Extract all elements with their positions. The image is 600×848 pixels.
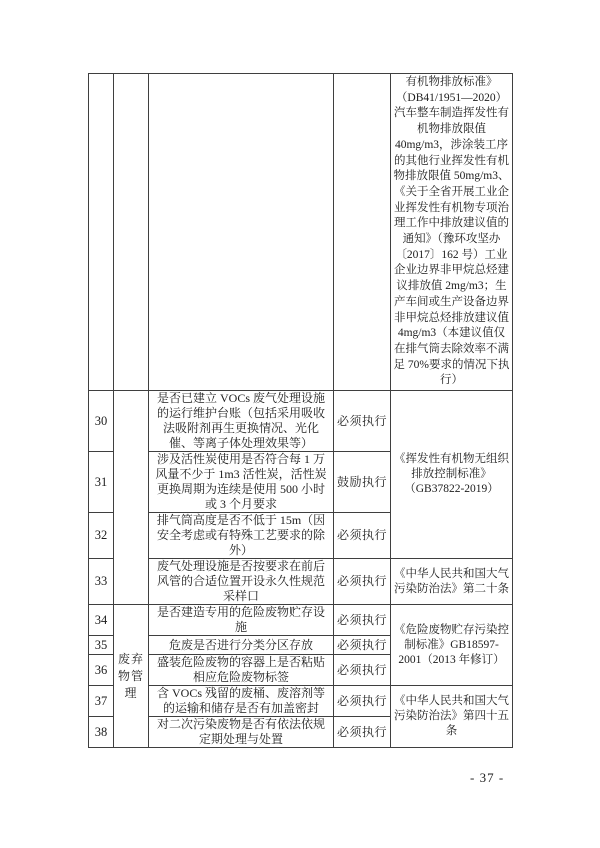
row-number-cell	[89, 74, 114, 391]
execution-cell: 必须执行	[334, 636, 391, 655]
execution-cell: 必须执行	[334, 513, 391, 559]
requirement-cell: 是否已建立 VOCs 废气处理设施的运行维护台账（包括采用吸收法吸附剂再生更换情…	[149, 391, 334, 452]
requirement-cell: 盛装危险废物的容器上是否粘贴相应危险废物标签	[149, 655, 334, 686]
execution-cell: 必须执行	[334, 717, 391, 748]
execution-cell: 必须执行	[334, 686, 391, 717]
execution-cell: 必须执行	[334, 655, 391, 686]
requirement-cell: 排气筒高度是否不低于 15m（因安全考虑或有特殊工艺要求的除外）	[149, 513, 334, 559]
category-cell: 废弃物管理	[114, 605, 149, 748]
row-number-cell: 31	[89, 452, 114, 513]
execution-cell: 必须执行	[334, 559, 391, 605]
document-page: 有机物排放标准》（DB41/1951—2020）汽车整车制造挥发性有机物排放限值…	[0, 0, 600, 848]
execution-cell: 必须执行	[334, 605, 391, 636]
table-row-continuation: 有机物排放标准》（DB41/1951—2020）汽车整车制造挥发性有机物排放限值…	[89, 74, 513, 391]
row-number-cell: 30	[89, 391, 114, 452]
inspection-table: 有机物排放标准》（DB41/1951—2020）汽车整车制造挥发性有机物排放限值…	[88, 73, 513, 748]
row-number-cell: 33	[89, 559, 114, 605]
requirement-cell: 废气处理设施是否按要求在前后风管的合适位置开设永久性规范采样口	[149, 559, 334, 605]
table-row: 37 含 VOCs 残留的废桶、废溶剂等的运输和储存是否有加盖密封 必须执行 《…	[89, 686, 513, 717]
reference-cell: 《中华人民共和国大气污染防治法》第二十条	[391, 559, 513, 605]
reference-cell: 《挥发性有机物无组织排放控制标准》（GB37822-2019）	[391, 391, 513, 559]
execution-cell: 鼓励执行	[334, 452, 391, 513]
reference-cell: 有机物排放标准》（DB41/1951—2020）汽车整车制造挥发性有机物排放限值…	[391, 74, 513, 391]
category-cell	[114, 391, 149, 605]
table-row: 30 是否已建立 VOCs 废气处理设施的运行维护台账（包括采用吸收法吸附剂再生…	[89, 391, 513, 452]
execution-cell	[334, 74, 391, 391]
row-number-cell: 37	[89, 686, 114, 717]
table-row: 33 废气处理设施是否按要求在前后风管的合适位置开设永久性规范采样口 必须执行 …	[89, 559, 513, 605]
execution-cell: 必须执行	[334, 391, 391, 452]
requirement-cell: 对二次污染废物是否有依法依规定期处理与处置	[149, 717, 334, 748]
page-number: - 37 -	[470, 770, 504, 786]
requirement-cell: 是否建造专用的危险废物贮存设施	[149, 605, 334, 636]
row-number-cell: 32	[89, 513, 114, 559]
row-number-cell: 35	[89, 636, 114, 655]
row-number-cell: 34	[89, 605, 114, 636]
requirement-cell: 危废是否进行分类分区存放	[149, 636, 334, 655]
reference-cell: 《中华人民共和国大气污染防治法》第四十五条	[391, 686, 513, 748]
row-number-cell: 36	[89, 655, 114, 686]
table-row: 34 废弃物管理 是否建造专用的危险废物贮存设施 必须执行 《危险废物贮存污染控…	[89, 605, 513, 636]
category-cell	[114, 74, 149, 391]
reference-cell: 《危险废物贮存污染控制标准》GB18597-2001（2013 年修订）	[391, 605, 513, 686]
row-number-cell: 38	[89, 717, 114, 748]
requirement-cell: 涉及活性炭使用是否符合每 1 万风量不少于 1m3 活性炭，活性炭更换周期为连续…	[149, 452, 334, 513]
requirement-cell: 含 VOCs 残留的废桶、废溶剂等的运输和储存是否有加盖密封	[149, 686, 334, 717]
requirement-cell	[149, 74, 334, 391]
